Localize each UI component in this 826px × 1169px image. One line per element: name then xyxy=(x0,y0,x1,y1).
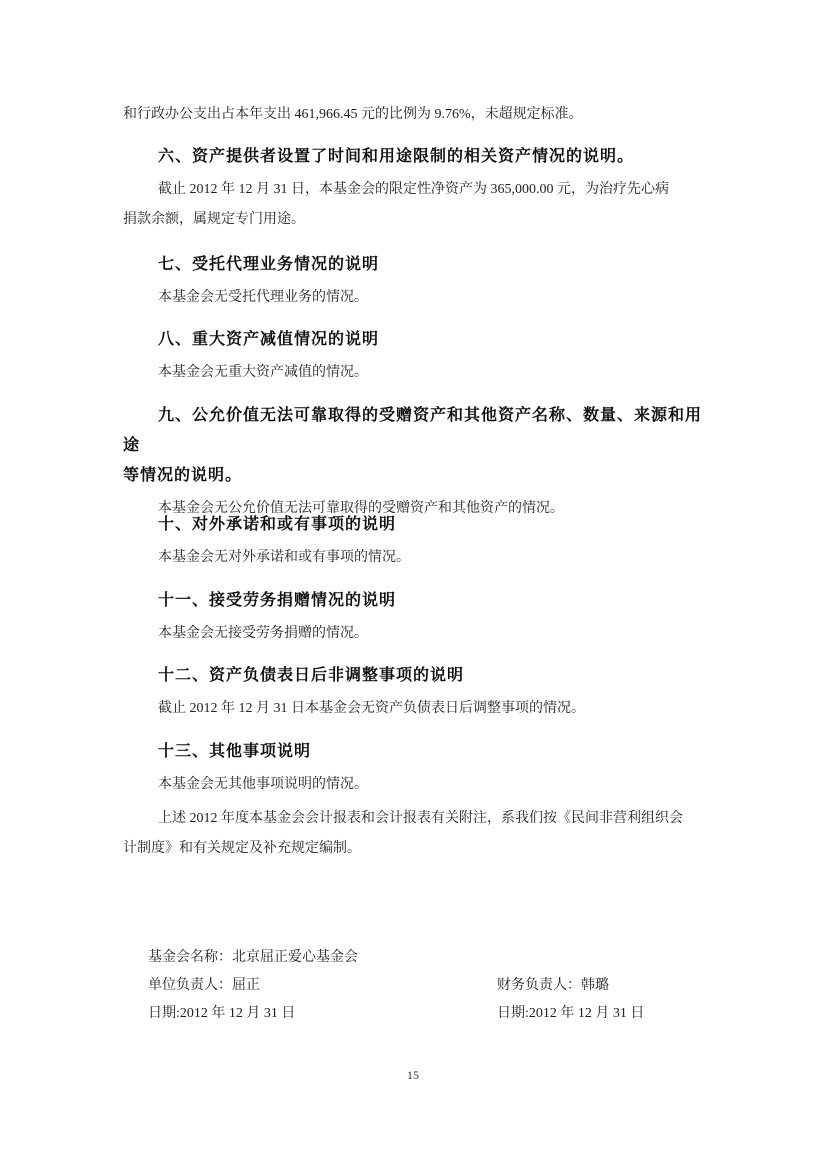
section-12: 十二、资产负债表日后非调整事项的说明 截止 2012 年 12 月 31 日本基… xyxy=(123,661,707,724)
section-7: 七、受托代理业务情况的说明 本基金会无受托代理业务的情况。 xyxy=(123,250,707,313)
section-8: 八、重大资产减值情况的说明 本基金会无重大资产减值的情况。 xyxy=(123,325,707,388)
page-number: 15 xyxy=(0,1068,826,1083)
unit-head: 单位负责人：屈正 xyxy=(148,972,497,1000)
section-7-heading: 七、受托代理业务情况的说明 xyxy=(123,250,707,280)
signature-spacer xyxy=(497,944,728,972)
section-13: 十三、其他事项说明 本基金会无其他事项说明的情况。 xyxy=(123,737,707,800)
section-11-heading: 十一、接受劳务捐赠情况的说明 xyxy=(123,586,707,616)
section-12-body: 截止 2012 年 12 月 31 日本基金会无资产负债表日后调整事项的情况。 xyxy=(123,694,707,724)
section-13-body: 本基金会无其他事项说明的情况。 xyxy=(123,770,707,800)
intro-paragraph: 和行政办公支出占本年支出 461,966.45 元的比例为 9.76%，未超规定… xyxy=(123,100,707,130)
section-8-heading: 八、重大资产减值情况的说明 xyxy=(123,325,707,355)
section-11: 十一、接受劳务捐赠情况的说明 本基金会无接受劳务捐赠的情况。 xyxy=(123,586,707,649)
foundation-name: 基金会名称：北京屈正爱心基金会 xyxy=(148,944,497,972)
section-7-body: 本基金会无受托代理业务的情况。 xyxy=(123,283,707,313)
section-9-heading: 九、公允价值无法可靠取得的受赠资产和其他资产名称、数量、来源和用途 等情况的说明… xyxy=(123,401,707,491)
section-6: 六、资产提供者设置了时间和用途限制的相关资产情况的说明。 截止 2012 年 1… xyxy=(123,142,707,235)
section-10-body: 本基金会无对外承诺和或有事项的情况。 xyxy=(123,543,707,573)
document-page: 和行政办公支出占本年支出 461,966.45 元的比例为 9.76%，未超规定… xyxy=(0,0,826,1169)
section-13-heading: 十三、其他事项说明 xyxy=(123,737,707,767)
unit-date: 日期:2012 年 12 月 31 日 xyxy=(148,1000,497,1028)
section-10-heading: 十、对外承诺和或有事项的说明 xyxy=(123,510,707,540)
closing-paragraph: 上述 2012 年度本基金会会计报表和会计报表有关附注，系我们按《民间非营利组织… xyxy=(123,804,707,864)
section-6-body: 截止 2012 年 12 月 31 日，本基金会的限定性净资产为 365,000… xyxy=(123,175,707,235)
section-10: 十、对外承诺和或有事项的说明 本基金会无对外承诺和或有事项的情况。 xyxy=(123,510,707,573)
section-12-heading: 十二、资产负债表日后非调整事项的说明 xyxy=(123,661,707,691)
finance-head: 财务负责人：韩璐 xyxy=(497,972,728,1000)
finance-date: 日期:2012 年 12 月 31 日 xyxy=(497,1000,728,1028)
signature-block: 基金会名称：北京屈正爱心基金会 单位负责人：屈正 财务负责人：韩璐 日期:201… xyxy=(148,944,728,1028)
section-6-heading: 六、资产提供者设置了时间和用途限制的相关资产情况的说明。 xyxy=(123,142,707,172)
section-11-body: 本基金会无接受劳务捐赠的情况。 xyxy=(123,619,707,649)
section-9: 九、公允价值无法可靠取得的受赠资产和其他资产名称、数量、来源和用途 等情况的说明… xyxy=(123,401,707,524)
section-8-body: 本基金会无重大资产减值的情况。 xyxy=(123,358,707,388)
